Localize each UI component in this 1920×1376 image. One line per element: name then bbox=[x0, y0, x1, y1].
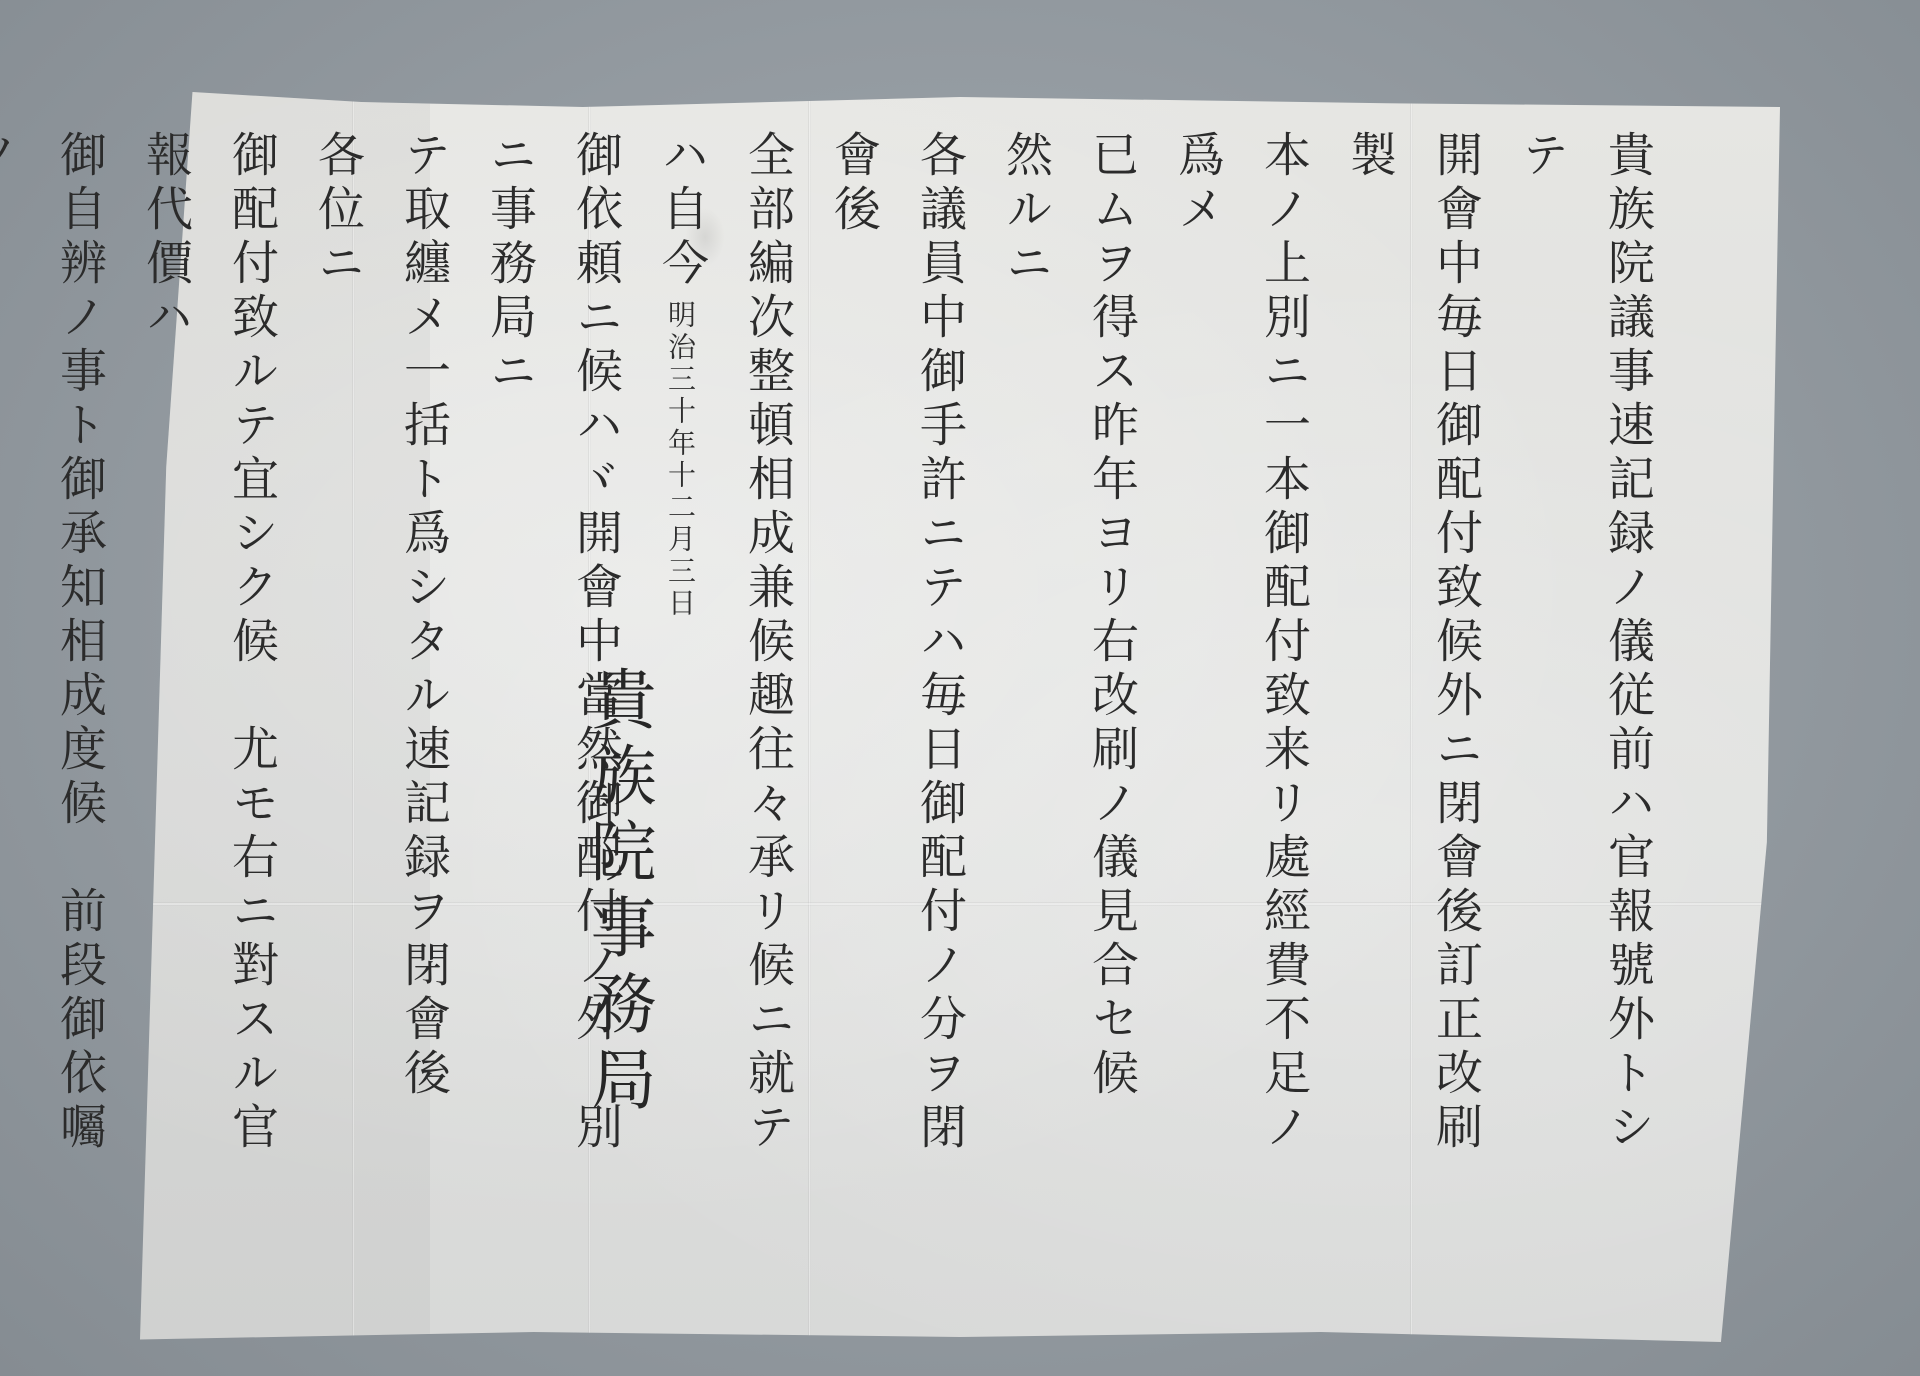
letter-line-9: 御配付致ルテ宜シク候 尤モ右ニ對スル官報代價ハ bbox=[122, 130, 294, 1190]
letter-date: 明治三十年十二月三日 bbox=[660, 300, 700, 620]
letter-line-1: 貴族院議事速記録ノ儀従前ハ官報號外トシテ bbox=[1498, 130, 1670, 1190]
letter-line-3: 本ノ上別ニ一本御配付致来リ處經費不足ノ爲メ bbox=[1154, 130, 1326, 1190]
letter-line-5: 各議員中御手許ニテハ毎日御配付ノ分ヲ閉會後 bbox=[810, 130, 982, 1190]
letter-line-8: テ取纏メ一括ト爲シタル速記録ヲ閉會後 各位ニ bbox=[294, 130, 466, 1190]
document-photo: 貴族院議事速記録ノ儀従前ハ官報號外トシテ 開會中毎日御配付致候外ニ閉會後訂正改刷… bbox=[0, 0, 1920, 1376]
letter-line-10: 御自辨ノ事ト御承知相成度候 前段御依囑ノ bbox=[0, 130, 122, 1190]
letter-body: 貴族院議事速記録ノ儀従前ハ官報號外トシテ 開會中毎日御配付致候外ニ閉會後訂正改刷… bbox=[0, 130, 1670, 1190]
letter-signature: 貴族院事務局 bbox=[570, 665, 665, 1121]
letter-line-2: 開會中毎日御配付致候外ニ閉會後訂正改刷製 bbox=[1326, 130, 1498, 1190]
letter-line-4: 已ムヲ得ス昨年ヨリ右改刷ノ儀見合セ候 然ルニ bbox=[982, 130, 1154, 1190]
